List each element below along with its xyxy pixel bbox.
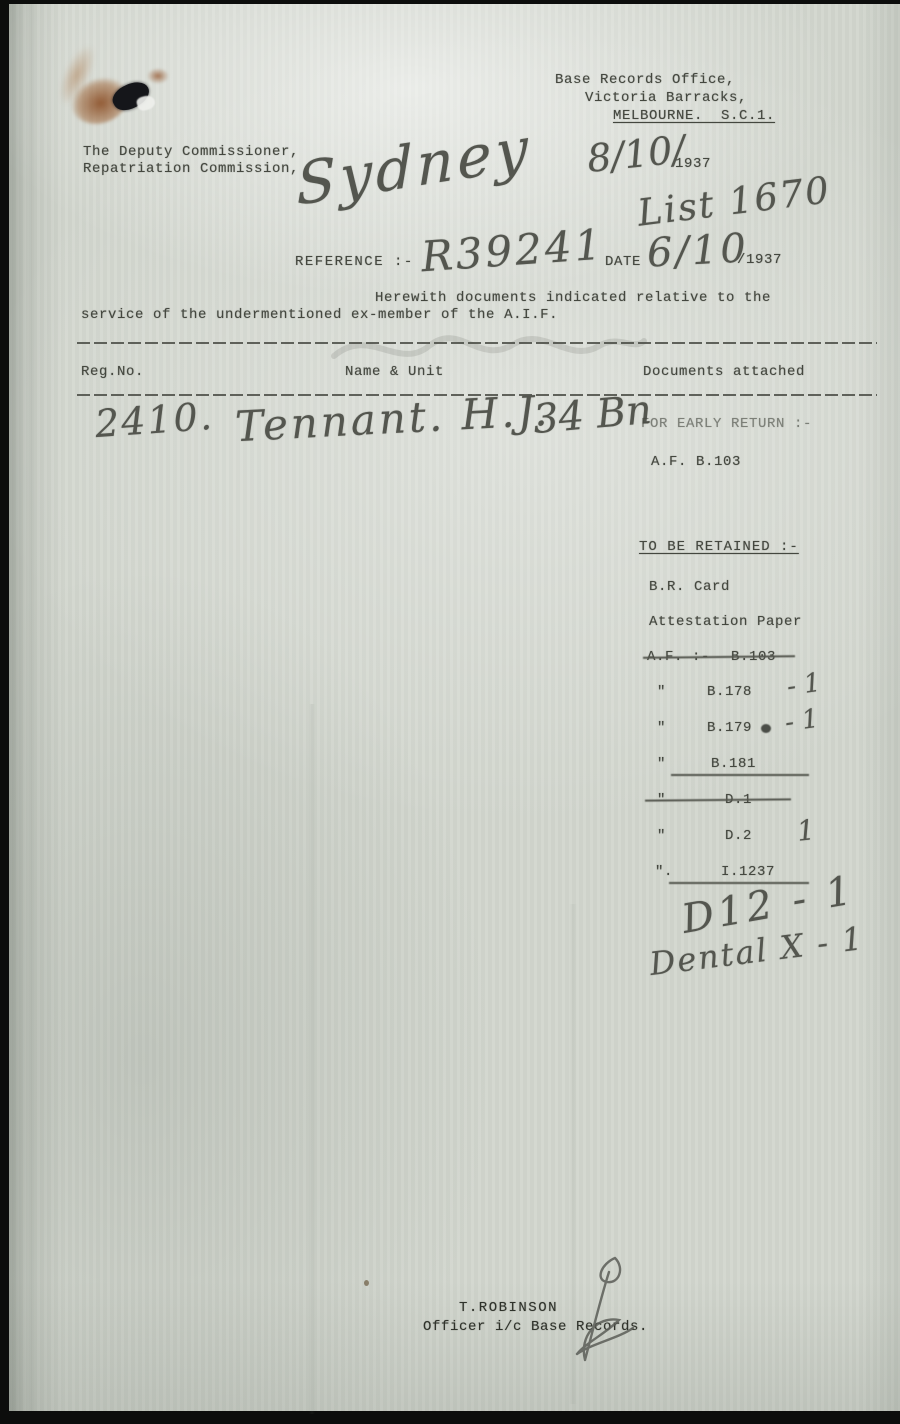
addressee-line1: The Deputy Commissioner, — [83, 144, 299, 160]
office-address-line1: Base Records Office, — [555, 72, 735, 88]
body-line1: Herewith documents indicated relative to… — [375, 290, 771, 306]
retained-item-text: B.181 — [711, 756, 756, 772]
date-typed-year: /1937 — [737, 252, 782, 268]
tally-mark: 1 — [795, 813, 816, 848]
reference-value: R39241 — [420, 220, 606, 282]
retained-item-text: B.178 — [707, 684, 752, 700]
crease-line — [29, 4, 34, 1411]
handwritten-city: Sydney — [296, 113, 532, 219]
addressee-line2: Repatriation Commission, — [83, 161, 299, 177]
retained-item-text: D.2 — [725, 828, 752, 844]
early-return-item: A.F. B.103 — [651, 454, 741, 470]
retained-item-text: B.179 — [707, 720, 752, 736]
table-rule-top — [77, 342, 877, 344]
retained-plain-br-card: B.R. Card — [649, 579, 730, 595]
typed-year-top: 1937 — [675, 156, 711, 172]
strike-line — [645, 798, 791, 801]
retained-item-prefix: " — [657, 828, 666, 844]
paper-speck — [364, 1280, 369, 1286]
early-return-heading: FOR EARLY RETURN :- — [641, 416, 812, 432]
retained-item-prefix: " — [657, 756, 666, 772]
handwritten-date-top: 8/10/ — [585, 127, 687, 181]
tally-mark: - 1 — [783, 704, 820, 738]
crease-line — [309, 704, 315, 1414]
retained-item-text: I.1237 — [721, 864, 775, 880]
date-label: DATE — [605, 254, 641, 270]
date-handwritten: 6/10 — [646, 225, 750, 276]
col-header-regno: Reg.No. — [81, 364, 144, 380]
ink-smudge — [761, 724, 771, 733]
rust-dot — [147, 68, 169, 84]
paper-sheet: Base Records Office, Victoria Barracks, … — [9, 4, 900, 1411]
office-address-line2: Victoria Barracks, — [585, 90, 747, 106]
col-header-name-unit: Name & Unit — [345, 364, 444, 380]
office-address-line3: MELBOURNE. S.C.1. — [613, 108, 775, 124]
retained-heading: TO BE RETAINED :- — [639, 539, 799, 555]
retained-item-prefix: " — [657, 720, 666, 736]
reference-label: REFERENCE :- — [295, 254, 414, 270]
row-reg-no: 2410. — [94, 394, 216, 446]
handwritten-signature — [527, 1252, 667, 1367]
col-header-documents: Documents attached — [643, 364, 805, 380]
row-unit: 34 Bn — [531, 387, 653, 443]
handwritten-list-number: List 1670 — [635, 168, 833, 234]
retained-item-prefix: " — [657, 684, 666, 700]
retained-plain-attestation: Attestation Paper — [649, 614, 802, 630]
tally-mark: - 1 — [785, 668, 822, 702]
underline — [671, 774, 809, 776]
retained-item-prefix: ". — [655, 864, 673, 880]
scanned-document-page: Base Records Office, Victoria Barracks, … — [0, 0, 900, 1424]
